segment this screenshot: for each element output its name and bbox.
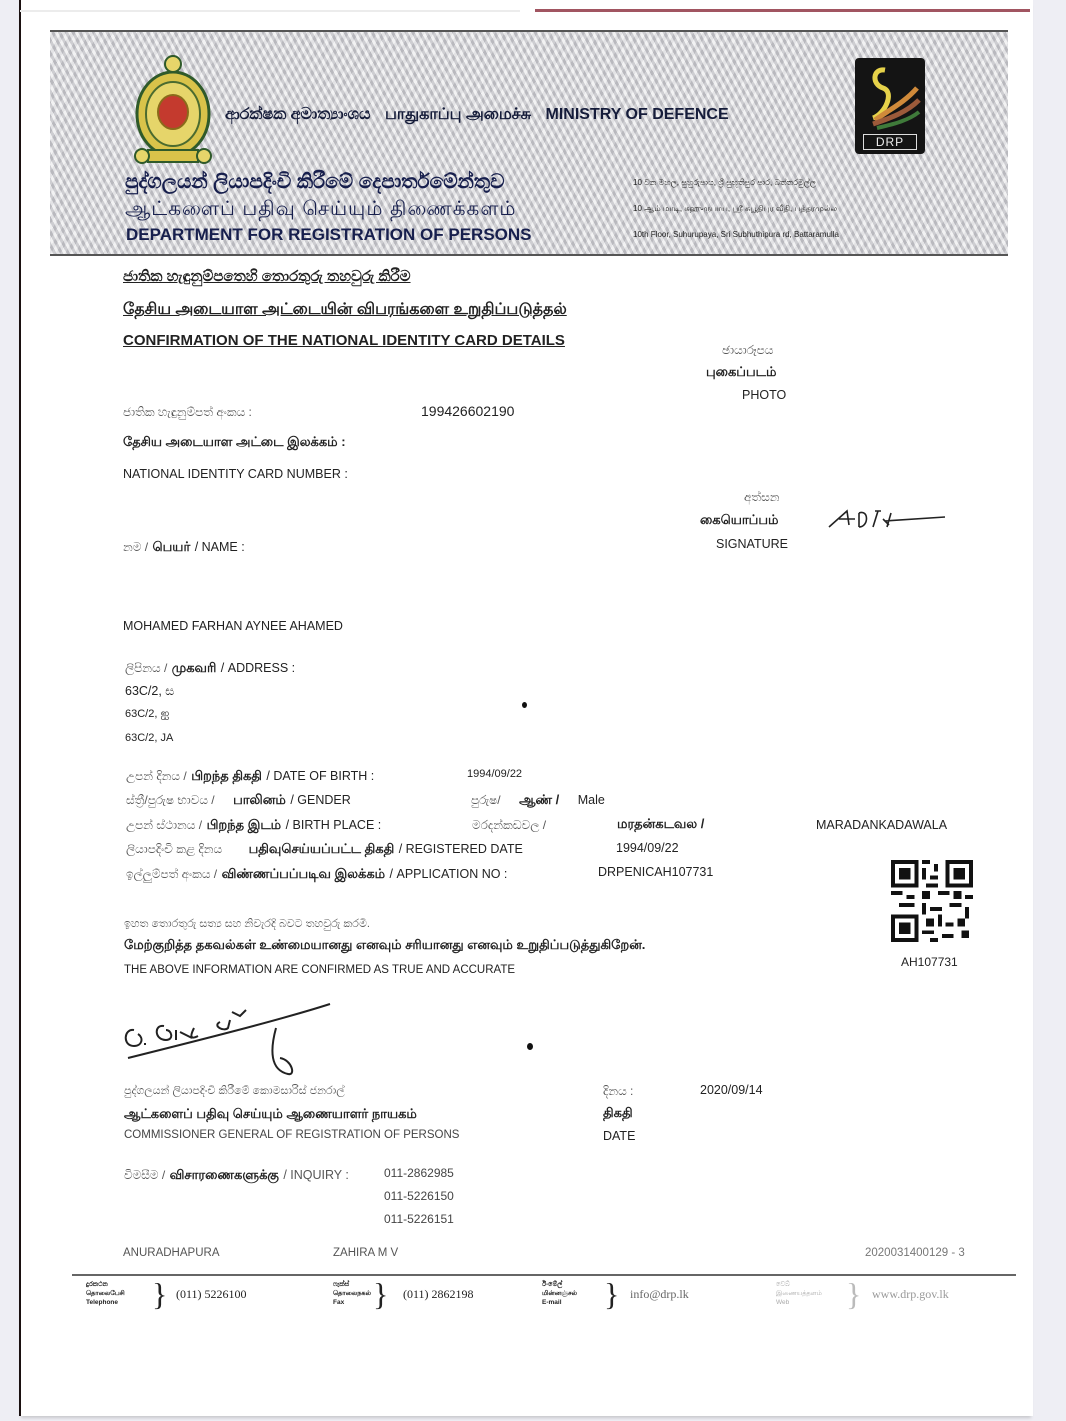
office-location: ANURADHAPURA [123, 1247, 220, 1259]
name-label-sinhala: නම / [123, 540, 148, 554]
footer-divider [72, 1274, 1016, 1276]
telephone-labels: දුරකථන தொலைபேசி Telephone [86, 1280, 125, 1307]
name-label-english: / NAME : [195, 540, 245, 554]
brace-icon: } [373, 1278, 388, 1310]
holder-name: MOHAMED FARHAN AYNEE AHAMED [123, 619, 343, 633]
gender-value-english: Male [578, 793, 605, 807]
application-number: DRPENICAH107731 [598, 865, 713, 879]
email-label-tamil: மின்னஞ்சல் [542, 1289, 577, 1298]
inquiry-phone-3: 011-5226151 [384, 1212, 454, 1226]
address-sinhala: 10 වන මහල, සුහුරුපාය, ශ්‍රී සුභූතිපුර පා… [633, 178, 816, 188]
telephone-label-tamil: தொலைபேசி [86, 1289, 125, 1298]
application-no-label: ඉල්ලුම්පත් අංකය / விண்ணப்பப்படிவ இலக்கம்… [126, 865, 507, 883]
inquiry-label-sinhala: විමසීම / [124, 1168, 165, 1182]
dob-label-sinhala: උපන් දිනය / [126, 769, 187, 783]
drp-logo: DRP [855, 58, 925, 154]
signature-label-english: SIGNATURE [716, 537, 788, 551]
confirmation-tamil: மேற்குறித்த தகவல்கள் உண்மையானது எனவும் ச… [124, 937, 645, 954]
date-label-english: DATE [603, 1129, 635, 1143]
registered-date-label-tamil: பதிவுசெய்யப்பட்ட திகதி [249, 841, 395, 856]
address-line-sinhala: 63C/2, ස [125, 684, 174, 699]
web-label-sinhala: වෙබ් [776, 1280, 822, 1289]
application-no-label-english: / APPLICATION NO : [390, 867, 508, 881]
gender-value-sinhala: පුරුෂ/ [471, 793, 501, 807]
gender-value: පුරුෂ/ ஆண் / Male [471, 791, 605, 809]
gender-label: ස්ත්‍රී/පුරුෂ භාවය / பாலினம் / GENDER [126, 791, 351, 809]
swan-icon [855, 58, 925, 134]
date-of-birth: 1994/09/22 [467, 768, 522, 780]
address-label: ලිපිනය / முகவரி / ADDRESS : [125, 659, 295, 677]
birth-place-label-english: / BIRTH PLACE : [286, 818, 382, 832]
application-no-label-sinhala: ඉල්ලුම්පත් අංකය / [126, 867, 217, 881]
commissioner-english: COMMISSIONER GENERAL OF REGISTRATION OF … [124, 1129, 459, 1141]
telephone-label-sinhala: දුරකථන [86, 1280, 125, 1289]
birth-place-english: MARADANKADAWALA [816, 818, 947, 832]
dob-label-english: / DATE OF BIRTH : [266, 769, 374, 783]
footer-fax: ෆැක්ස් தொலைநகல் Fax } (011) 2862198 [333, 1280, 533, 1314]
gender-label-tamil: பாலினம் [233, 792, 286, 807]
fax-labels: ෆැක්ස් தொலைநகல் Fax [333, 1280, 371, 1307]
date-label-sinhala: දිනය : [603, 1084, 633, 1099]
address-label-sinhala: ලිපිනය / [125, 661, 167, 675]
issue-date: 2020/09/14 [700, 1083, 763, 1097]
email-labels: ඊ-මේල් மின்னஞ்சல் E-mail [542, 1280, 577, 1307]
scan-artifact-dot [522, 702, 527, 708]
ministry-tamil: பாதுகாப்பு அமைச்சு [385, 106, 531, 123]
footer-telephone: දුරකථන தொலைபேசி Telephone } (011) 522610… [86, 1280, 286, 1314]
confirmation-english: THE ABOVE INFORMATION ARE CONFIRMED AS T… [124, 964, 515, 976]
address-label-english: / ADDRESS : [221, 661, 295, 675]
qr-code-icon [890, 860, 974, 942]
nic-label-english: NATIONAL IDENTITY CARD NUMBER : [123, 467, 348, 481]
department-tamil: ஆட்களைப் பதிவு செய்யும் திணைக்களம் [125, 198, 516, 223]
fax-label-english: Fax [333, 1298, 371, 1307]
registered-date-label-english: / REGISTERED DATE [399, 842, 523, 856]
nic-label-sinhala: ජාතික හැඳුනුම්පත් අංකය : [123, 405, 252, 420]
nic-number: 199426602190 [421, 403, 514, 419]
dob-label-tamil: பிறந்த திகதி [191, 768, 262, 783]
photo-label-sinhala: ඡායාරූපය [722, 343, 773, 358]
ministry-english: MINISTRY OF DEFENCE [546, 106, 729, 123]
commissioner-tamil: ஆட்களைப் பதிவு செய்யும் ஆணையாளர் நாயகம் [124, 1106, 417, 1123]
title-sinhala: ජාතික හැඳුනුම්පතෙහි තොරතුරු තහවුරු කිරීම [123, 268, 411, 285]
inquiry-label-english: / INQUIRY : [283, 1168, 349, 1182]
title-tamil: தேசிய அடையாள அட்டையின் விபரங்களை உறுதிப்… [123, 300, 567, 320]
scan-artifact-dot [527, 1043, 533, 1050]
fax-label-sinhala: ෆැක්ස් [333, 1280, 371, 1289]
application-no-label-tamil: விண்ணப்பப்படிவ இலக்கம் [222, 866, 386, 881]
email-label-sinhala: ඊ-මේල් [542, 1280, 577, 1289]
fax-number: (011) 2862198 [403, 1287, 474, 1302]
birth-place-tamil: மரதன்கடவல / [617, 816, 704, 833]
photo-label-english: PHOTO [742, 388, 786, 402]
address-line-tamil: 63C/2, ஐ [125, 708, 169, 722]
birth-place-label-tamil: பிறந்த இடம் [207, 817, 282, 832]
address-label-tamil: முகவரி [172, 660, 217, 675]
address-tamil: 10 ஆம் மாடி, சுஹுருபாய, ஸ்ரீ சுபூதிபுர வ… [633, 204, 837, 214]
telephone-number: (011) 5226100 [176, 1287, 247, 1302]
brace-icon: } [846, 1278, 861, 1310]
header-banner: ආරක්ෂක අමාත්‍යාංශය பாதுகாப்பு அமைச்சு MI… [50, 30, 1008, 256]
department-english: DEPARTMENT FOR REGISTRATION OF PERSONS [126, 225, 532, 245]
web-label-english: Web [776, 1298, 822, 1307]
inquiry-phone-2: 011-5226150 [384, 1189, 454, 1203]
signature-label-tamil: கையொப்பம் [700, 512, 778, 529]
commissioner-sinhala: පුද්ගලයන් ලියාපදිංචි කිරීමේ කොමසාරිස් ජන… [124, 1085, 345, 1098]
gender-value-tamil: ஆண் / [519, 792, 559, 807]
nic-label-tamil: தேசிய அடையாள அட்டை இலக்கம் : [123, 434, 346, 451]
gender-label-sinhala: ස්ත්‍රී/පුරුෂ භාවය / [126, 793, 215, 807]
telephone-label-english: Telephone [86, 1298, 125, 1307]
birth-place-label: උපන් ස්ථානය / பிறந்த இடம் / BIRTH PLACE … [126, 816, 381, 834]
office-officer: ZAHIRA M V [333, 1247, 398, 1259]
title-english: CONFIRMATION OF THE NATIONAL IDENTITY CA… [123, 332, 565, 349]
qr-caption: AH107731 [901, 955, 958, 969]
scan-artifact [20, 10, 520, 12]
photo-label-tamil: புகைப்படம் [706, 364, 776, 381]
date-label-tamil: திகதி [603, 1105, 633, 1122]
signature-label-sinhala: අත්සන [744, 490, 780, 505]
address-english: 10th Floor, Suhurupaya, Sri Subhuthipura… [633, 230, 839, 239]
ministry-name: ආරක්ෂක අමාත්‍යාංශය பாதுகாப்பு அமைச்சு MI… [225, 105, 729, 125]
office-reference-number: 2020031400129 - 3 [865, 1247, 965, 1259]
confirmation-sinhala: ඉහත තොරතුරු සත්‍ය සහ නිවැරදි බවට තහවුරු … [124, 918, 370, 931]
birth-place-label-sinhala: උපන් ස්ථානය / [126, 818, 202, 832]
brace-icon: } [604, 1278, 619, 1310]
gender-label-english: / GENDER [290, 793, 350, 807]
fax-label-tamil: தொலைநகல் [333, 1289, 371, 1298]
holder-signature-icon [825, 505, 950, 535]
registered-date-label: ලියාපදිංචි කළ දිනය பதிவுசெய்யப்பட்ட திகத… [126, 840, 523, 858]
footer-web: වෙබ් இணையத்தளம் Web } www.drp.gov.lk [776, 1280, 996, 1314]
scan-artifact-red-line [535, 9, 1030, 12]
email-label-english: E-mail [542, 1298, 577, 1307]
drp-logo-text: DRP [863, 134, 917, 150]
brace-icon: } [152, 1278, 167, 1310]
inquiry-label: විමසීම / விசாரணைகளுக்கு / INQUIRY : [124, 1166, 349, 1184]
web-label-tamil: இணையத்தளம் [776, 1289, 822, 1298]
name-label-tamil: பெயர் [153, 539, 191, 554]
registered-date: 1994/09/22 [616, 841, 679, 855]
registered-date-label-sinhala: ලියාපදිංචි කළ දිනය [126, 842, 222, 856]
ministry-sinhala: ආරක්ෂක අමාත්‍යාංශය [225, 106, 371, 123]
department-sinhala: පුද්ගලයන් ලියාපදිංචි කිරීමේ දෙපාර්තමේන්ත… [125, 171, 505, 194]
address-line-english: 63C/2, JA [125, 732, 173, 744]
dob-label: උපන් දිනය / பிறந்த திகதி / DATE OF BIRTH… [126, 767, 374, 785]
birth-place-sinhala: මරදන්කඩවල / [472, 818, 546, 833]
inquiry-label-tamil: விசாரணைகளுக்கு [170, 1167, 279, 1182]
inquiry-phone-1: 011-2862985 [384, 1166, 454, 1180]
website-url[interactable]: www.drp.gov.lk [872, 1287, 949, 1302]
sri-lanka-emblem-icon [134, 54, 212, 166]
footer-email: ඊ-මේල් மின்னஞ்சல் E-mail } info@drp.lk [542, 1280, 742, 1314]
name-label: නම / பெயர் / NAME : [123, 538, 245, 556]
email-address[interactable]: info@drp.lk [630, 1287, 689, 1302]
commissioner-signature-icon [120, 1000, 335, 1090]
web-labels: වෙබ් இணையத்தளம் Web [776, 1280, 822, 1307]
